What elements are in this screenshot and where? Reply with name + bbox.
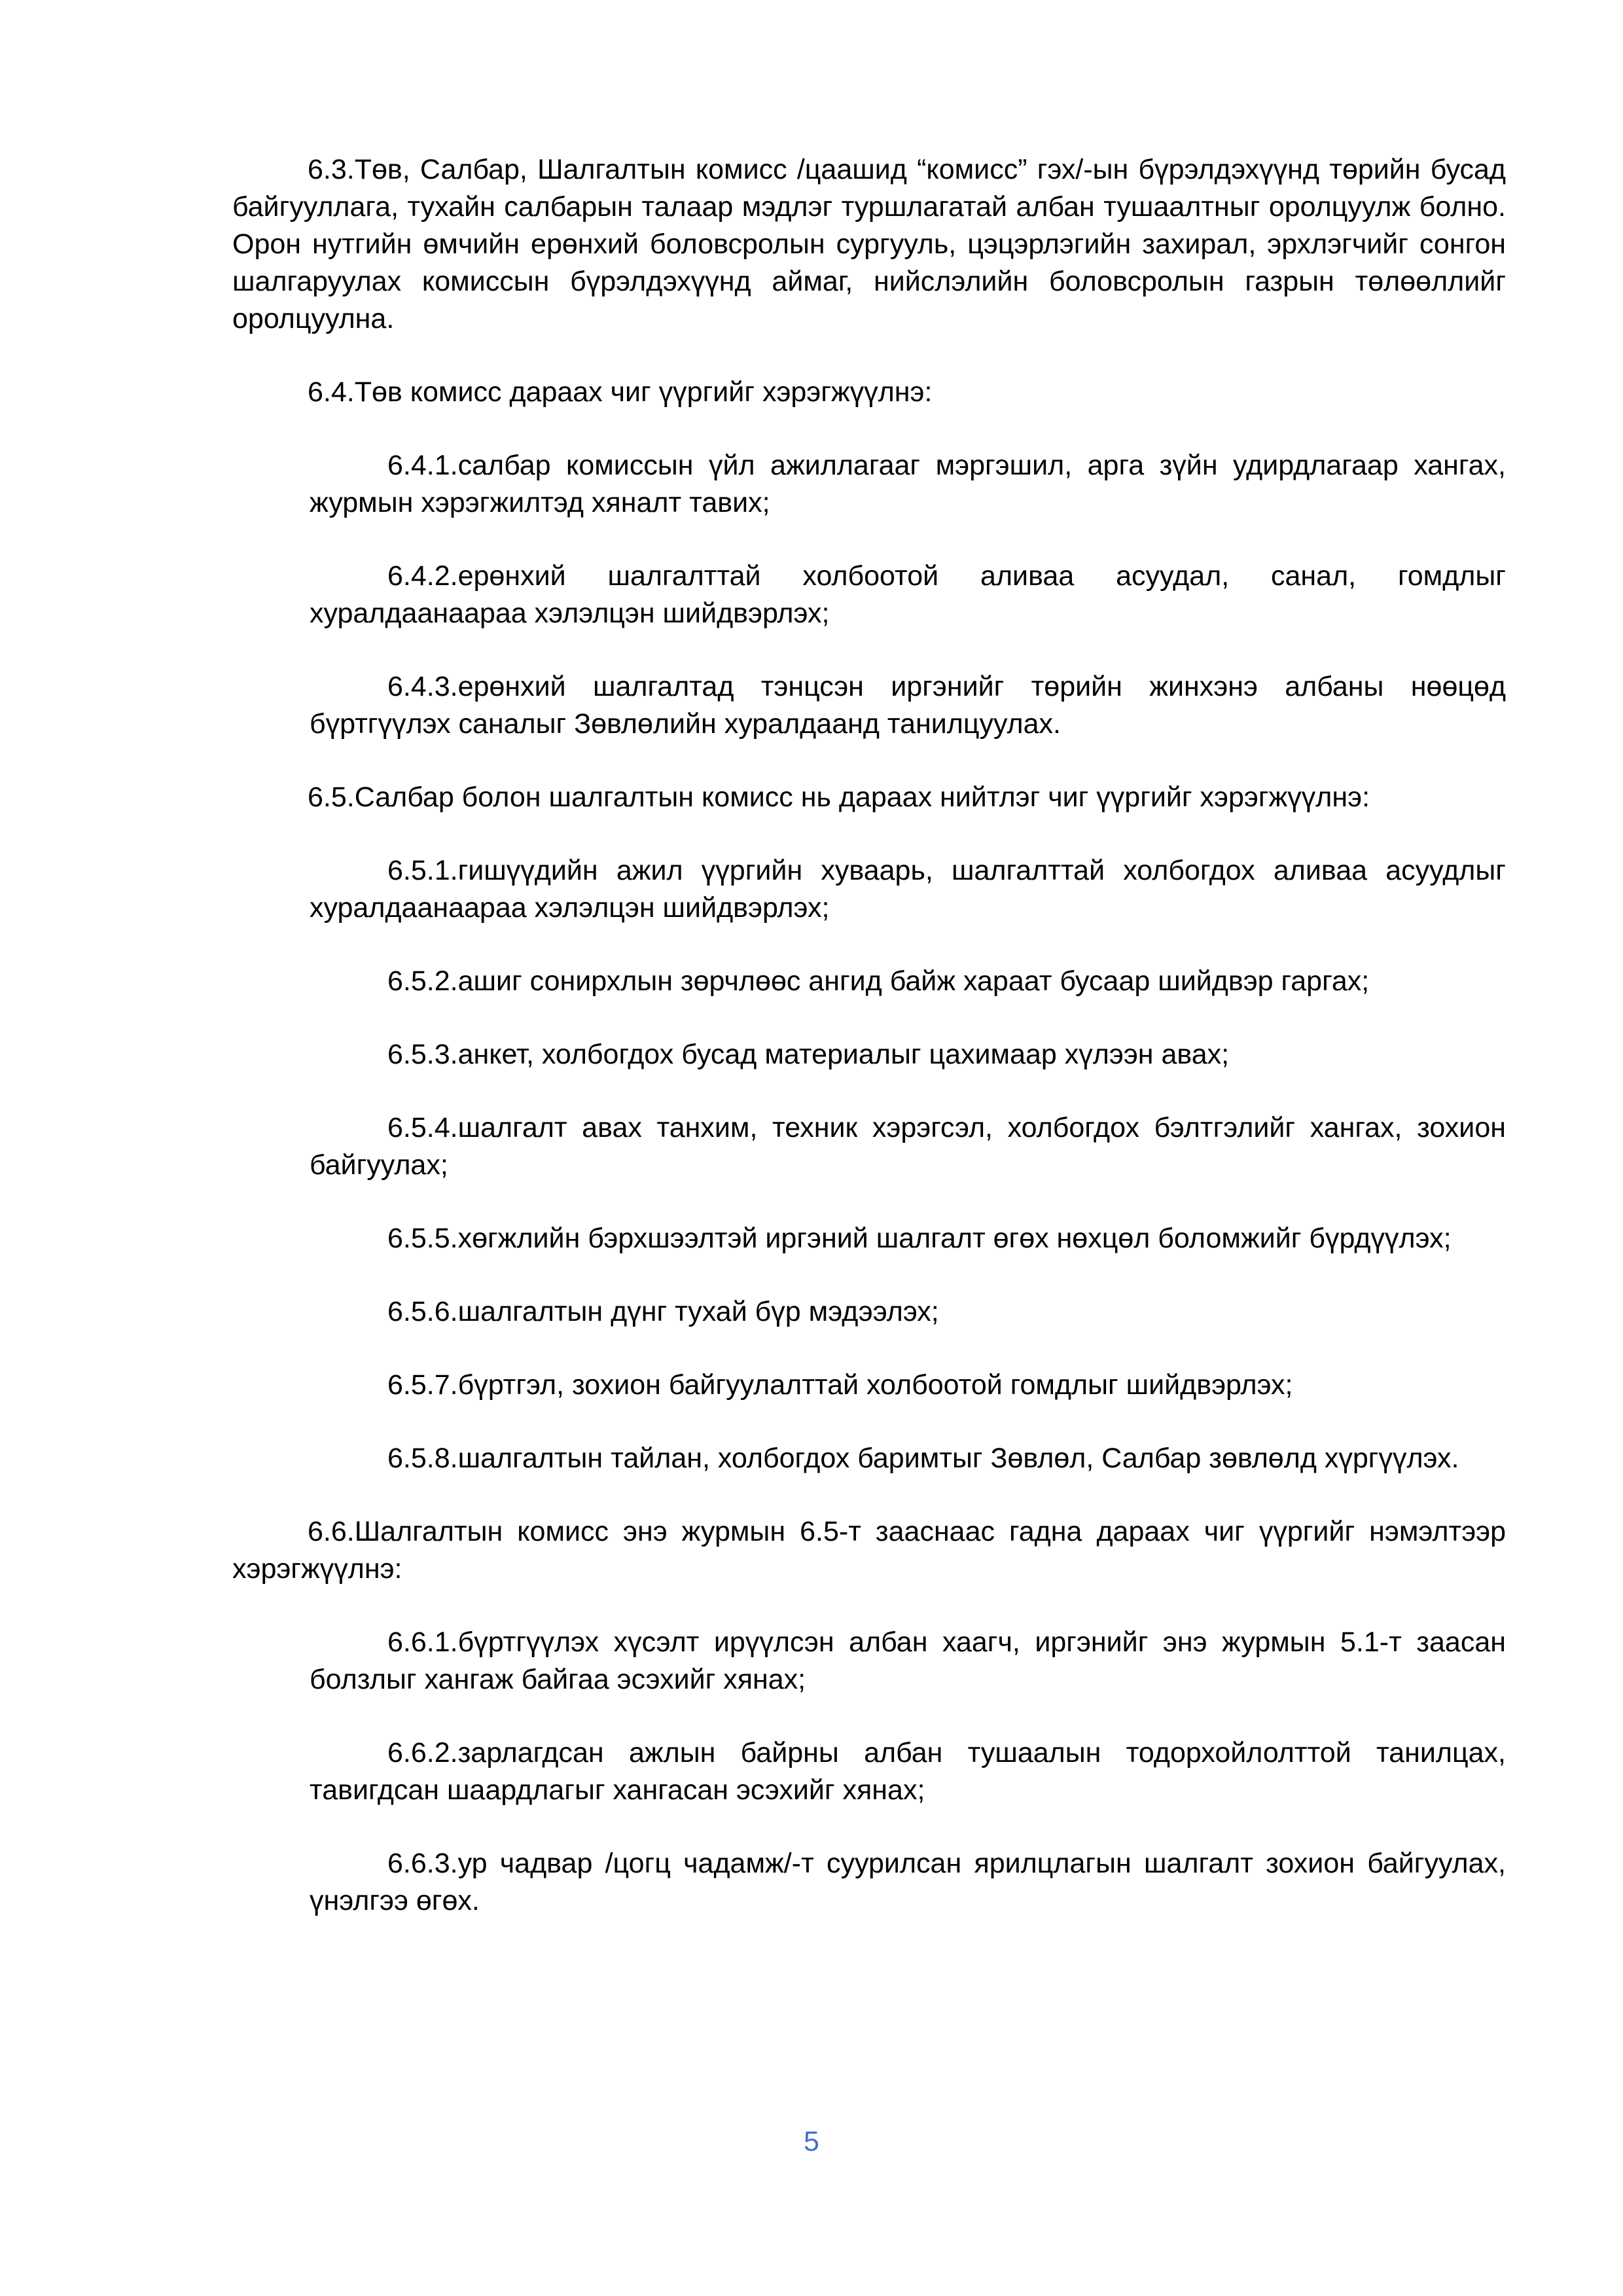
list-item-6-6-2: 6.6.2.зарлагдсан ажлын байрны албан туша… <box>232 1734 1506 1809</box>
list-item-6-5-6: 6.5.6.шалгалтын дүнг тухай бүр мэдээлэх; <box>232 1293 1506 1331</box>
paragraph-6-3: 6.3.Төв, Салбар, Шалгалтын комисс /цааши… <box>232 151 1506 338</box>
list-item-6-5-1: 6.5.1.гишүүдийн ажил үүргийн хуваарь, ша… <box>232 852 1506 927</box>
list-item-6-5-7: 6.5.7.бүртгэл, зохион байгуулалттай холб… <box>232 1367 1506 1404</box>
list-item-6-4-1: 6.4.1.салбар комиссын үйл ажиллагааг мэр… <box>232 447 1506 522</box>
list-item-6-5-4: 6.5.4.шалгалт авах танхим, техник хэрэгс… <box>232 1109 1506 1184</box>
paragraph-6-6: 6.6.Шалгалтын комисс энэ журмын 6.5-т за… <box>232 1513 1506 1588</box>
page-number: 5 <box>0 2123 1623 2161</box>
list-item-6-5-3: 6.5.3.анкет, холбогдох бусад материалыг … <box>232 1036 1506 1073</box>
list-item-6-6-1: 6.6.1.бүртгүүлэх хүсэлт ирүүлсэн албан х… <box>232 1624 1506 1698</box>
list-item-6-5-2: 6.5.2.ашиг сонирхлын зөрчлөөс ангид байж… <box>232 963 1506 1000</box>
paragraph-6-4: 6.4.Төв комисс дараах чиг үүргийг хэрэгж… <box>232 374 1506 411</box>
list-item-6-6-3: 6.6.3.ур чадвар /цогц чадамж/-т суурилса… <box>232 1845 1506 1920</box>
document-page: 6.3.Төв, Салбар, Шалгалтын комисс /цааши… <box>232 151 1506 1956</box>
list-item-6-4-2: 6.4.2.ерөнхий шалгалттай холбоотой алива… <box>232 558 1506 632</box>
paragraph-6-5: 6.5.Салбар болон шалгалтын комисс нь дар… <box>232 779 1506 816</box>
list-item-6-5-8: 6.5.8.шалгалтын тайлан, холбогдох баримт… <box>232 1440 1506 1477</box>
list-item-6-5-5: 6.5.5.хөгжлийн бэрхшээлтэй иргэний шалга… <box>232 1220 1506 1257</box>
list-item-6-4-3: 6.4.3.ерөнхий шалгалтад тэнцсэн иргэнийг… <box>232 668 1506 743</box>
